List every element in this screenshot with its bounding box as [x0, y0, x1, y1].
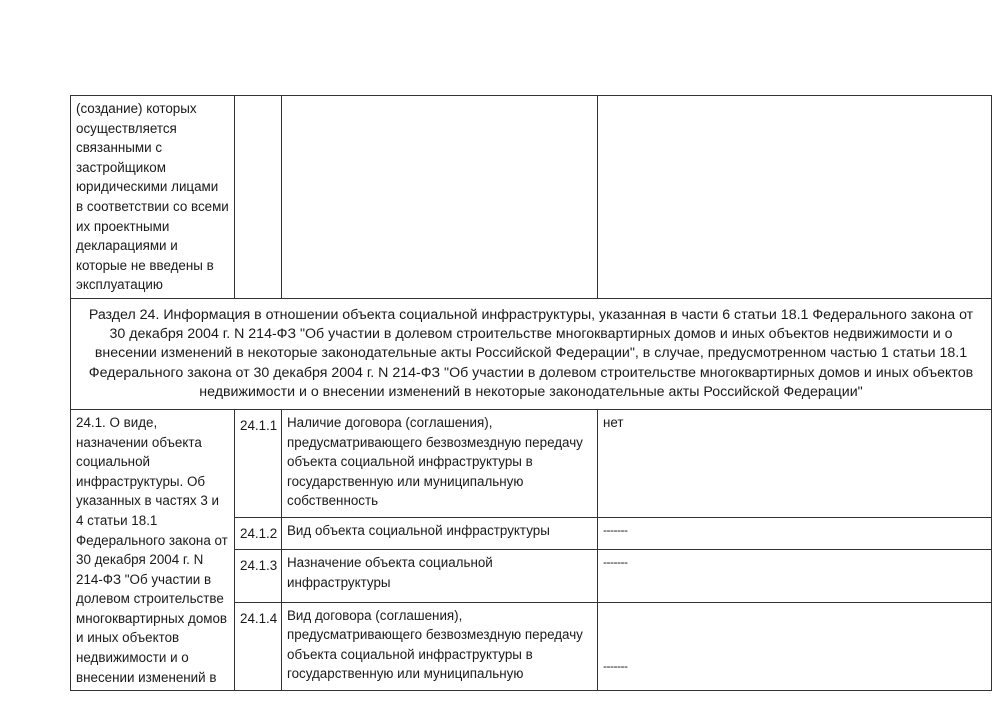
row-field-cell [282, 96, 598, 299]
row-field: Назначение объекта социальной инфраструк… [282, 550, 598, 603]
row-number: 24.1.2 [235, 518, 282, 550]
table-row: 24.1. О виде, назначении объекта социаль… [71, 409, 992, 517]
row-value-cell [598, 96, 992, 299]
row-field: Вид договора (соглашения), предусматрива… [282, 602, 598, 691]
row-number: 24.1.1 [235, 409, 282, 517]
row-number: 24.1.4 [235, 602, 282, 691]
subsection-24-1-label: 24.1. О виде, назначении объекта социаль… [71, 409, 235, 690]
row-number-cell [235, 96, 282, 299]
row-value: ------- [598, 602, 992, 691]
row-field: Наличие договора (соглашения), предусмат… [282, 409, 598, 517]
row-value: ------- [598, 518, 992, 550]
row-field: Вид объекта социальной инфраструктуры [282, 518, 598, 550]
section-header-row: Раздел 24. Информация в отношении объект… [71, 298, 992, 409]
row-label-cell: (создание) которых осуществляется связан… [71, 96, 235, 299]
disclosure-table: (создание) которых осуществляется связан… [70, 95, 991, 691]
row-number: 24.1.3 [235, 550, 282, 603]
section-24-title: Раздел 24. Информация в отношении объект… [71, 298, 992, 409]
row-value: ------- [598, 550, 992, 603]
row-value: нет [598, 409, 992, 517]
table-row-continuation: (создание) которых осуществляется связан… [71, 96, 992, 299]
